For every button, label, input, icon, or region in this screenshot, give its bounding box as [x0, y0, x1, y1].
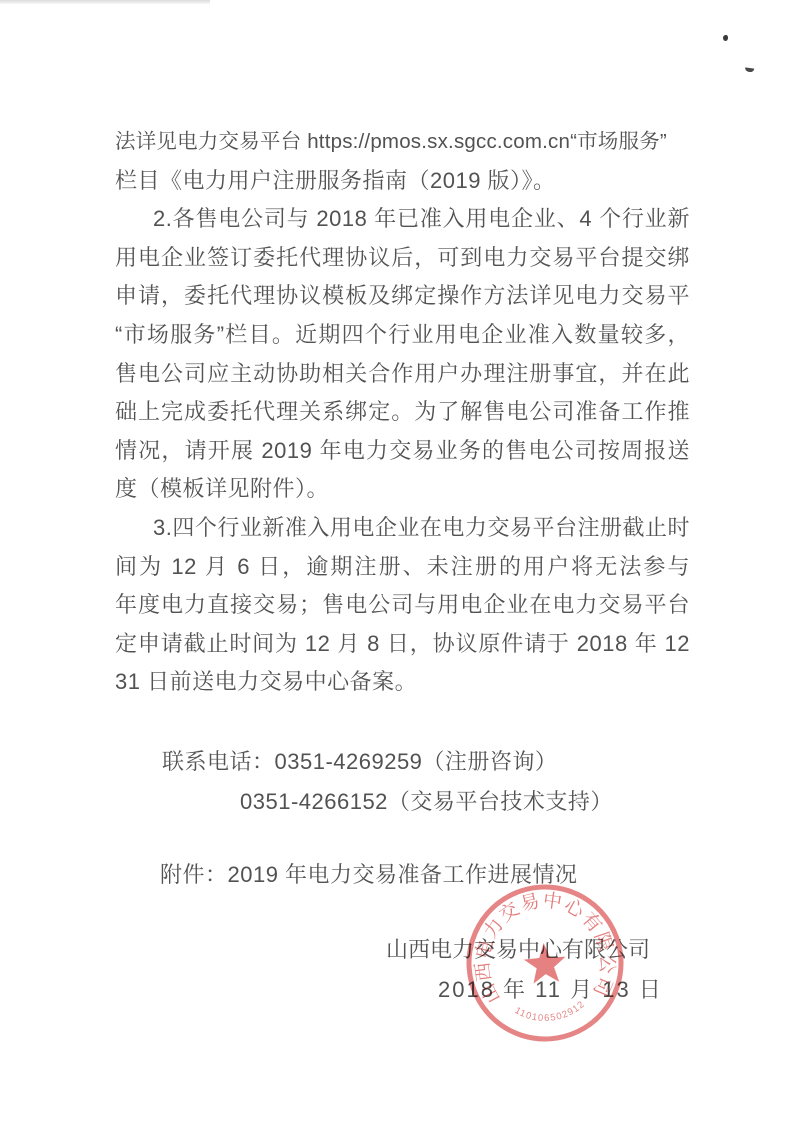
signature-company-name: 山西电力交易中心有限公司	[386, 933, 650, 964]
body-line: 售电公司应主动协助相关合作用户办理注册事宜，并在此基	[115, 355, 690, 394]
body-line: 栏目《电力用户注册服务指南（2019 版）》。	[115, 162, 690, 201]
body-line: 申请，委托代理协议模板及绑定操作方法详见电力交易平台	[115, 277, 690, 316]
body-line: 年度电力直接交易；售电公司与用电企业在电力交易平台绑	[115, 586, 690, 625]
body-line: 度（模板详见附件）。	[115, 470, 690, 509]
document-page: 法详见电力交易平台 https://pmos.sx.sgcc.com.cn“市场…	[0, 0, 793, 1121]
contact-phone-registration: 联系电话：0351-4269259（注册咨询）	[162, 745, 557, 776]
document-body: 法详见电力交易平台 https://pmos.sx.sgcc.com.cn“市场…	[115, 123, 690, 702]
signature-date: 2018 年 11 月 13 日	[438, 973, 663, 1004]
body-line: 础上完成委托代理关系绑定。为了解售电公司准备工作推进	[115, 393, 690, 432]
body-line: 情况，请开展 2019 年电力交易业务的售电公司按周报送进	[115, 432, 690, 471]
body-line: 31 日前送电力交易中心备案。	[115, 663, 690, 702]
attachment-line: 附件：2019 年电力交易准备工作进展情况	[160, 858, 578, 889]
body-line: 定申请截止时间为 12 月 8 日，协议原件请于 2018 年 12 月	[115, 625, 690, 664]
contact-phone-tech-support: 0351-4266152（交易平台技术支持）	[240, 785, 613, 816]
body-line: “市场服务”栏目。近期四个行业用电企业准入数量较多，	[115, 316, 690, 355]
body-line-paragraph-2-start: 2.各售电公司与 2018 年已准入用电企业、4 个行业新增	[115, 200, 690, 239]
body-line: 用电企业签订委托代理协议后，可到电力交易平台提交绑定	[115, 239, 690, 278]
scan-speck	[723, 35, 728, 41]
body-line: 间为 12 月 6 日，逾期注册、未注册的用户将无法参与 2019	[115, 548, 690, 587]
body-line-paragraph-3-start: 3.四个行业新准入用电企业在电力交易平台注册截止时	[115, 509, 690, 548]
body-line: 法详见电力交易平台 https://pmos.sx.sgcc.com.cn“市场…	[115, 123, 690, 162]
scan-speck	[745, 67, 754, 72]
scan-artifact-top-edge	[0, 0, 210, 4]
